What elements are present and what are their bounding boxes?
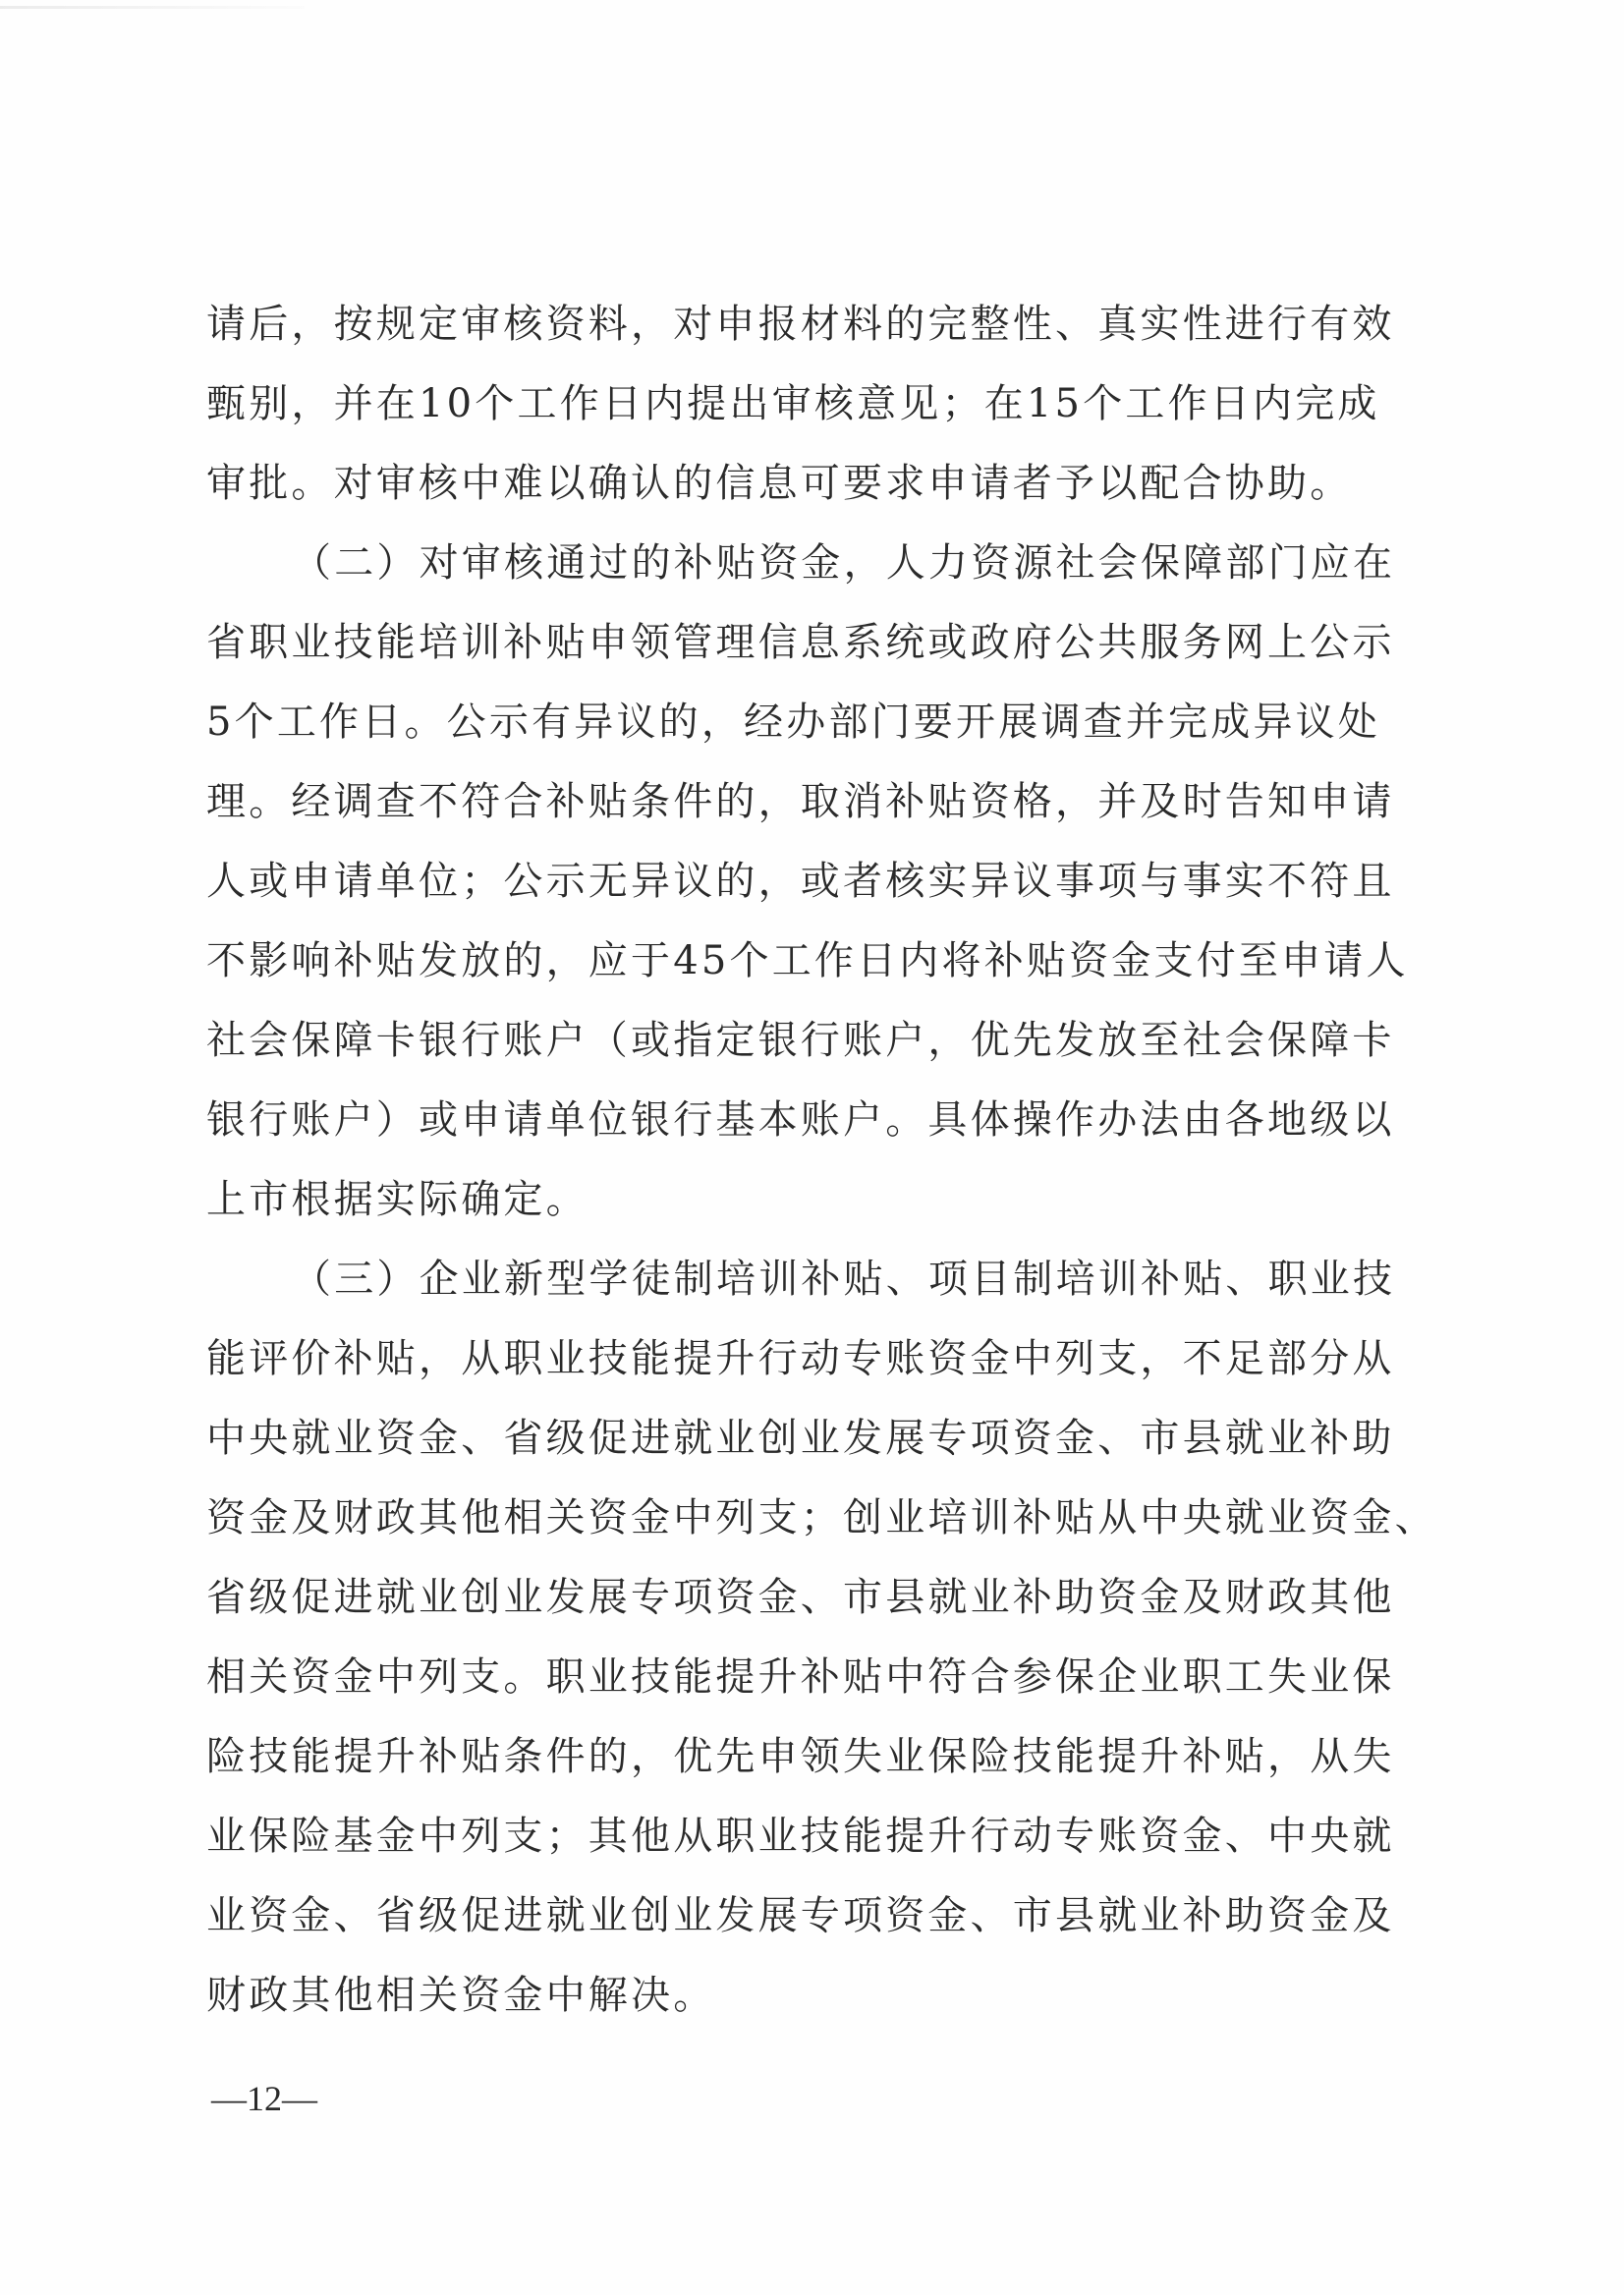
text-line: 能评价补贴，从职业技能提升行动专账资金中列支，不足部分从 xyxy=(206,1319,1405,1399)
text-line: 理。经调查不符合补贴条件的，取消补贴资格，并及时告知申请 xyxy=(206,762,1405,842)
text-line: 资金及财政其他相关资金中列支；创业培训补贴从中央就业资金、 xyxy=(206,1479,1405,1558)
text-line: 相关资金中列支。职业技能提升补贴中符合参保企业职工失业保 xyxy=(206,1638,1405,1717)
scan-artifact xyxy=(0,6,305,9)
document-page: 请后，按规定审核资料，对申报材料的完整性、真实性进行有效 甄别，并在10个工作日… xyxy=(0,0,1624,2295)
text-line: 业保险基金中列支；其他从职业技能提升行动专账资金、中央就 xyxy=(206,1797,1405,1876)
text-line: 银行账户）或申请单位银行基本账户。具体操作办法由各地级以 xyxy=(206,1081,1405,1160)
text-line: 甄别，并在10个工作日内提出审核意见；在15个工作日内完成 xyxy=(206,364,1405,444)
text-line: 社会保障卡银行账户（或指定银行账户，优先发放至社会保障卡 xyxy=(206,1001,1405,1081)
text-line: 中央就业资金、省级促进就业创业发展专项资金、市县就业补助 xyxy=(206,1399,1405,1479)
text-line: （三）企业新型学徒制培训补贴、项目制培训补贴、职业技 xyxy=(206,1240,1405,1319)
text-line: 财政其他相关资金中解决。 xyxy=(206,1956,1405,2036)
text-line: 省职业技能培训补贴申领管理信息系统或政府公共服务网上公示 xyxy=(206,603,1405,683)
text-line: 审批。对审核中难以确认的信息可要求申请者予以配合协助。 xyxy=(206,444,1405,524)
text-line: 请后，按规定审核资料，对申报材料的完整性、真实性进行有效 xyxy=(206,285,1405,364)
paragraph-continued: 请后，按规定审核资料，对申报材料的完整性、真实性进行有效 甄别，并在10个工作日… xyxy=(206,285,1405,524)
paragraph-section-2: （二）对审核通过的补贴资金，人力资源社会保障部门应在 省职业技能培训补贴申领管理… xyxy=(206,524,1405,1240)
text-line: 不影响补贴发放的，应于45个工作日内将补贴资金支付至申请人 xyxy=(206,922,1405,1001)
body-text: 请后，按规定审核资料，对申报材料的完整性、真实性进行有效 甄别，并在10个工作日… xyxy=(206,285,1405,2036)
text-line: 人或申请单位；公示无异议的，或者核实异议事项与事实不符且 xyxy=(206,842,1405,922)
text-line: （二）对审核通过的补贴资金，人力资源社会保障部门应在 xyxy=(206,524,1405,603)
page-number: —12— xyxy=(211,2078,317,2119)
text-line: 省级促进就业创业发展专项资金、市县就业补助资金及财政其他 xyxy=(206,1558,1405,1638)
text-line: 业资金、省级促进就业创业发展专项资金、市县就业补助资金及 xyxy=(206,1876,1405,1956)
text-line: 险技能提升补贴条件的，优先申领失业保险技能提升补贴，从失 xyxy=(206,1717,1405,1797)
text-line: 上市根据实际确定。 xyxy=(206,1160,1405,1240)
text-line: 5个工作日。公示有异议的，经办部门要开展调查并完成异议处 xyxy=(206,683,1405,762)
paragraph-section-3: （三）企业新型学徒制培训补贴、项目制培训补贴、职业技 能评价补贴，从职业技能提升… xyxy=(206,1240,1405,2036)
